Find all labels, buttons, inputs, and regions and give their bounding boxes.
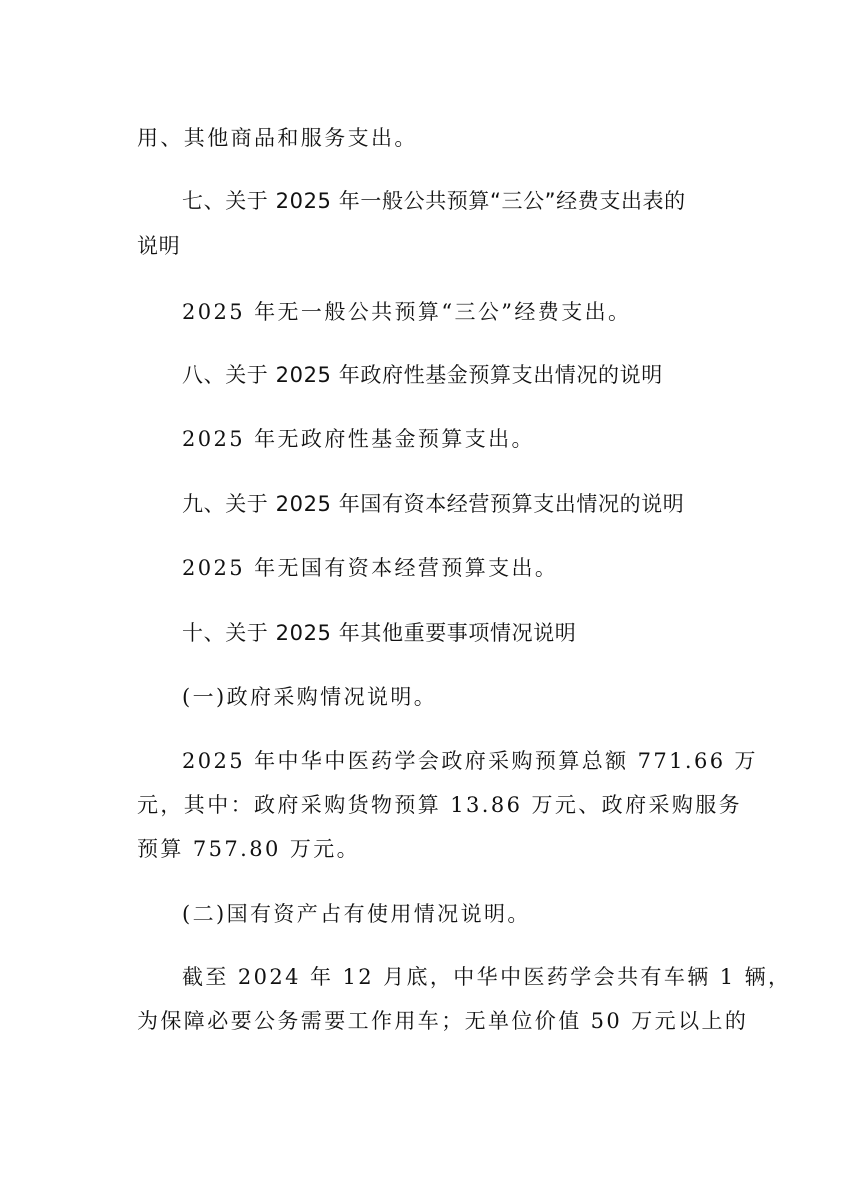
document-page: 用、其他商品和服务支出。 七、关于 2025 年一般公共预算“三公”经费支出表的… — [0, 0, 848, 1200]
section-heading-7: 七、关于 2025 年一般公共预算“三公”经费支出表的 — [182, 187, 686, 215]
subsection-procurement: (一)政府采购情况说明。 — [182, 683, 437, 711]
paragraph-sangong: 2025 年无一般公共预算“三公”经费支出。 — [182, 298, 631, 326]
section-heading-9: 九、关于 2025 年国有资本经营预算支出情况的说明 — [182, 490, 684, 518]
paragraph-procurement-line-1: 2025 年中华中医药学会政府采购预算总额 771.66 万 — [182, 747, 758, 775]
section-heading-10: 十、关于 2025 年其他重要事项情况说明 — [182, 619, 576, 647]
paragraph-continuation: 用、其他商品和服务支出。 — [137, 124, 418, 152]
paragraph-procurement-line-2: 元，其中：政府采购货物预算 13.86 万元、政府采购服务 — [137, 791, 742, 819]
paragraph-gov-fund: 2025 年无政府性基金预算支出。 — [182, 425, 535, 453]
section-heading-7-continued: 说明 — [137, 232, 180, 260]
section-heading-8: 八、关于 2025 年政府性基金预算支出情况的说明 — [182, 361, 663, 389]
paragraph-procurement-line-3: 预算 757.80 万元。 — [137, 835, 360, 863]
subsection-state-assets: (二)国有资产占有使用情况说明。 — [182, 900, 531, 928]
paragraph-state-capital: 2025 年无国有资本经营预算支出。 — [182, 554, 558, 582]
paragraph-assets-line-2: 为保障必要公务需要工作用车；无单位价值 50 万元以上的 — [137, 1007, 748, 1035]
paragraph-assets-line-1: 截至 2024 年 12 月底，中华中医药学会共有车辆 1 辆， — [182, 963, 791, 991]
